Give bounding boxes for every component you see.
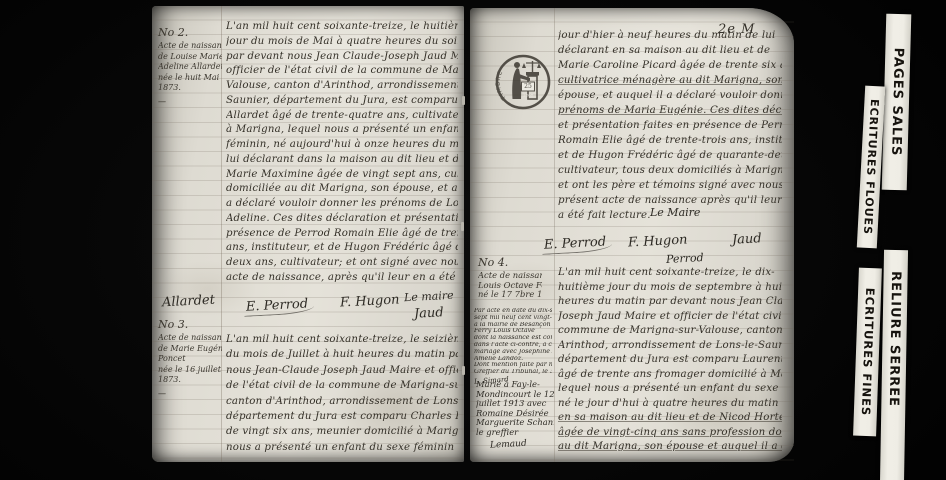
svg-text:TIMBRE: TIMBRE [495, 69, 508, 102]
closing-le-maire: Le Maire [650, 206, 700, 219]
handwritten-line: Acte de naissance de [478, 271, 542, 281]
handwritten-line: de l'état civil de la commune de Marigna… [226, 378, 458, 393]
margin-note-lines: Acte de naissancede Louise MarieAdeline … [158, 41, 222, 94]
stamp-year: 1868 [523, 93, 534, 98]
handwritten-line: Marié à Fay-le- [476, 380, 554, 390]
marriage-mention-2: Marié à Fay-le-Mondincourt le 12juillet … [476, 380, 554, 449]
margin-dash: — [158, 389, 222, 400]
handwritten-line: lui déclarant dans la maison au dit lieu… [226, 153, 458, 168]
signature-hugon: F. Hugon [340, 292, 400, 310]
act3-body-text: L'an mil huit cent soixante-treize, le s… [226, 332, 458, 455]
stamp-value: 25 [524, 83, 532, 90]
handwritten-line: Poncet [158, 354, 222, 365]
condition-label-reliure-serree: RELIURE SERREE [880, 250, 908, 480]
register-left-page: No 2. Acte de naissancede Louise MarieAd… [152, 6, 464, 462]
mention-lines: Par acte en date du dix-septsept mil neu… [474, 308, 552, 376]
handwritten-line: heures du matin par devant nous Jean Cla… [558, 295, 782, 310]
condition-label-pages-sales: PAGES SALES [882, 14, 912, 191]
handwritten-line: Amélie Landoz. [474, 356, 552, 363]
timbre-revenue-stamp-icon: 25 1868 TIMBRE [494, 52, 552, 112]
handwritten-line: département du Jura est comparu Charles … [226, 409, 458, 424]
condition-label-text: RELIURE SERREE [886, 271, 903, 407]
handwritten-line: jour du mois de Mai à quatre heures du s… [226, 35, 458, 50]
handwritten-line: cultivateur, tous deux domiciliés à Mari… [558, 163, 782, 178]
condition-label-ecritures-floues: ECRITURES FLOUES [857, 86, 885, 249]
act-number: No 4. [478, 256, 542, 270]
handwritten-line: Adeline. Ces dites déclaration et présen… [226, 212, 458, 227]
signature-perrod: E. Perrod [244, 296, 315, 317]
handwritten-line: épouse, et auquel il a déclaré vouloir d… [558, 88, 782, 103]
handwritten-line: déclarant en sa maison au dit lieu et de [558, 43, 782, 58]
marriage-mention-1: Par acte en date du dix-septsept mil neu… [474, 308, 552, 383]
handwritten-line: en sa maison au dit lieu et de Nicod Hor… [558, 411, 782, 426]
margin-note-lines: Acte de naissancede Marie EugéniePoncetn… [158, 333, 222, 386]
handwritten-line: domiciliée au dit Marigna, son épouse, e… [226, 182, 458, 197]
handwritten-line: juillet 1913 avec [476, 399, 554, 409]
handwritten-line: Marguerite Schannel [476, 418, 554, 428]
handwritten-line: dans l'acte ci-contre, a contracté [474, 342, 552, 349]
binding-stitch [462, 96, 465, 105]
handwritten-line: Saunier, département du Jura, est compar… [226, 94, 458, 109]
handwritten-line: de Louise Marie [158, 52, 222, 63]
condition-label-text: ECRITURES FLOUES [861, 99, 881, 236]
act3-continuation-text: jour d'hier à neuf heures du matin de lu… [558, 28, 782, 223]
handwritten-line: Marie Caroline Picard âgée de trente six… [558, 58, 782, 73]
signature-jaud: Jaud [732, 231, 762, 248]
handwritten-line: au dit Marigna, son épouse et auquel il … [558, 440, 782, 455]
handwritten-line: 1873. [158, 83, 222, 94]
handwritten-line: Acte de naissance [158, 41, 222, 52]
handwritten-line: cultivatrice ménagère au dit Marigna, so… [558, 73, 782, 88]
handwritten-line: officier de l'état civil de la commune d… [226, 64, 458, 79]
binding-stitch [462, 366, 465, 375]
microfilm-scan-background: No 2. Acte de naissancede Louise MarieAd… [0, 0, 946, 480]
handwritten-line: Allardet âgé de trente-quatre ans, culti… [226, 109, 458, 124]
handwritten-line: a déclaré vouloir donner les prénoms de … [226, 197, 458, 212]
handwritten-line: âgé de trente ans fromager domicilié à M… [558, 368, 782, 383]
handwritten-line: sept mil neuf cent vingt-deux [474, 315, 552, 322]
handwritten-line: commune de Marigna-sur-Valouse, canton d… [558, 324, 782, 339]
signature-allardet: Allardet [162, 293, 216, 311]
handwritten-line: féminin, né aujourd'hui à onze heures du… [226, 138, 458, 153]
handwritten-line: du mois de Juillet à huit heures du mati… [226, 347, 458, 362]
margin-note-lines: Acte de naissance deLouis Octave Ferryné… [478, 271, 542, 300]
signature-le-maire: Le maire [404, 289, 454, 305]
margin-note-act4: No 4. Acte de naissance deLouis Octave F… [478, 256, 542, 300]
handwritten-line: Ferry Louis Octave [474, 328, 552, 335]
handwritten-line: L'an mil huit cent soixante-treize, le d… [558, 266, 782, 281]
handwritten-line: né le jour d'hui à quatre heures du mati… [558, 397, 782, 412]
handwritten-line: acte de naissance, après qu'il leur en a… [226, 271, 458, 286]
handwritten-line: lequel nous a présenté un enfant du sexe… [558, 382, 782, 397]
handwritten-line: L'an mil huit cent soixante-treize, le s… [226, 332, 458, 347]
handwritten-line: et de Hugon Frédéric âgé de quarante-deu… [558, 148, 782, 163]
margin-dash: — [158, 97, 222, 108]
act-number: No 2. [158, 26, 222, 40]
binding-stitch [461, 222, 464, 231]
handwritten-line: Joseph Jaud Maire et officier de l'état … [558, 310, 782, 325]
act4-body-text: L'an mil huit cent soixante-treize, le d… [558, 266, 782, 455]
signature-perrod: E. Perrod [542, 234, 613, 255]
handwritten-line: le greffier [476, 428, 554, 438]
handwritten-line: et ont les père et témoins signé avec no… [558, 178, 782, 193]
condition-label-text: ECRITURES FINES [858, 288, 876, 417]
condition-label-text: PAGES SALES [888, 47, 906, 156]
handwritten-line: à Marigna, lequel nous a présenté un enf… [226, 123, 458, 138]
handwritten-line: née le huit Mai [158, 73, 222, 84]
handwritten-line: Par acte en date du dix-sept [474, 308, 552, 315]
handwritten-line: Arinthod, arrondissement de Lons-le-Saun… [558, 339, 782, 354]
handwritten-line: deux ans, cultivateur; et ont signé avec… [226, 256, 458, 271]
handwritten-line: canton d'Arinthod, arrondissement de Lon… [226, 394, 458, 409]
margin-note-act2: No 2. Acte de naissancede Louise MarieAd… [158, 26, 222, 107]
register-right-page: 2e M 25 1868 TIMBRE jour d'hier à neuf h… [470, 8, 794, 462]
stamp-label: TIMBRE [495, 69, 508, 102]
handwritten-line: dont la naissance est constatée [474, 335, 552, 342]
mention-signature: Lemaud [490, 438, 554, 451]
handwritten-line: et présentation faites en présence de Pe… [558, 118, 782, 133]
handwritten-line: département du Jura est comparu Laurent … [558, 353, 782, 368]
handwritten-line: Louis Octave Ferry [478, 281, 542, 291]
handwritten-line: Dont mention faite par nous [474, 362, 552, 369]
act-number: No 3. [158, 318, 222, 332]
handwritten-line: mariage avec Joséphine Augustine [474, 349, 552, 356]
handwritten-line: nous a présenté un enfant du sexe fémini… [226, 440, 458, 455]
signature-jaud: Jaud [414, 305, 444, 322]
handwritten-line: présence de Perrod Romain Elie âgé de tr… [226, 227, 458, 242]
handwritten-line: nous Jean-Claude Joseph Jaud Maire et of… [226, 363, 458, 378]
handwritten-line: ans, instituteur, et de Hugon Frédéric â… [226, 241, 458, 256]
handwritten-line: âgée de vingt-cinq ans sans profession d… [558, 426, 782, 441]
handwritten-line: Marie Maximine âgée de vingt sept ans, c… [226, 168, 458, 183]
handwritten-line: de vingt six ans, meunier domicilié à Ma… [226, 424, 458, 439]
handwritten-line: Romain Elie âgé de trente-trois ans, ins… [558, 133, 782, 148]
handwritten-line: par devant nous Jean Claude-Joseph Jaud … [226, 50, 458, 65]
handwritten-line: huitième jour du mois de septembre à hui… [558, 281, 782, 296]
handwritten-line: de Marie Eugénie [158, 344, 222, 355]
signature-hugon: F. Hugon [628, 232, 688, 250]
handwritten-line: Valouse, canton d'Arinthod, arrondisseme… [226, 79, 458, 94]
handwritten-line: Romaine Désirée [476, 409, 554, 419]
handwritten-line: née le 16 juillet [158, 365, 222, 376]
condition-label-ecritures-fines: ECRITURES FINES [853, 268, 882, 437]
margin-note-act3: No 3. Acte de naissancede Marie EugénieP… [158, 318, 222, 399]
signature-paraph: Perrod [666, 251, 704, 266]
handwritten-line: Mondincourt le 12 [476, 390, 554, 400]
handwritten-line: 1873. [158, 375, 222, 386]
act2-body-text: L'an mil huit cent soixante-treize, le h… [226, 20, 458, 286]
mention-lines: Marié à Fay-le-Mondincourt le 12juillet … [476, 380, 554, 438]
handwritten-line: né le 17 7bre 1873. [478, 290, 542, 300]
handwritten-line: à la mairie de Besançon [474, 322, 552, 329]
handwritten-line: jour d'hier à neuf heures du matin de lu… [558, 28, 782, 43]
handwritten-line: L'an mil huit cent soixante-treize, le h… [226, 20, 458, 35]
handwritten-line: Adeline Allardet [158, 62, 222, 73]
handwritten-line: Acte de naissance [158, 333, 222, 344]
handwritten-line: prénoms de Maria Eugénie. Ces dites décl… [558, 103, 782, 118]
